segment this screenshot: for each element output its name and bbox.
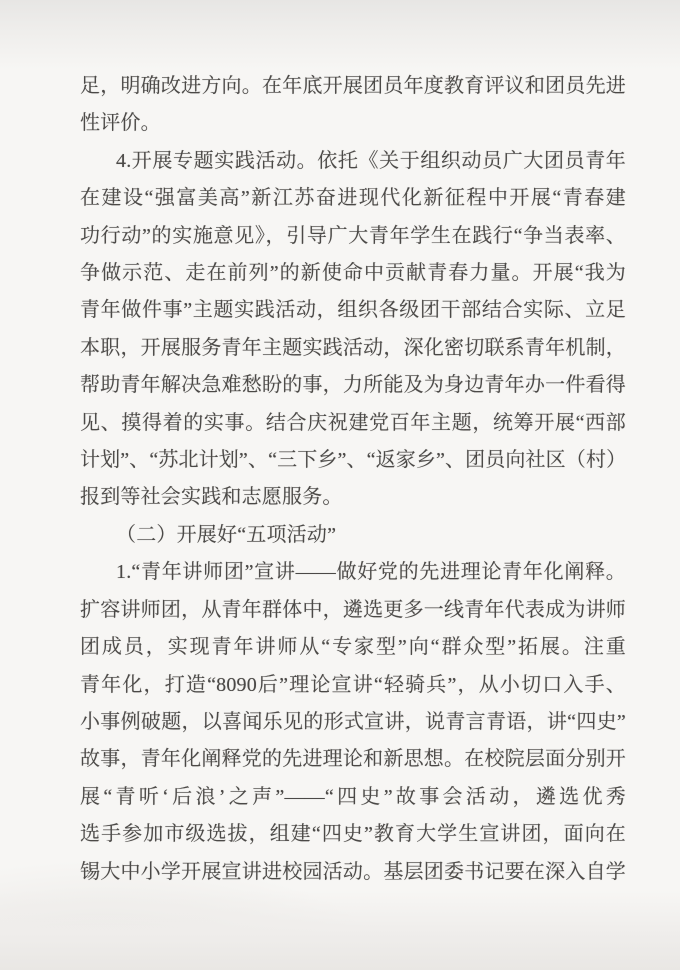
text-line: 1.“青年讲师团”宣讲——做好党的先进理论青年化阐释。 <box>80 554 626 591</box>
text-line: 报到等社会实践和志愿服务。 <box>80 479 626 516</box>
text-line-content: 性评价。 <box>80 112 161 134</box>
text-line: 4.开展专题实践活动。依托《关于组织动员广大团员青年 <box>80 143 626 180</box>
text-line-content: 4.开展专题实践活动。依托《关于组织动员广大团员青年 <box>116 150 626 172</box>
text-line-content: 报到等社会实践和志愿服务。 <box>80 486 343 508</box>
text-line-content: 足，明确改进方向。在年底开展团员年度教育评议和团员先进 <box>80 75 626 97</box>
text-line-content: 选手参加市级选拔，组建“四史”教育大学生宣讲团，面向在 <box>80 823 626 845</box>
text-line: 争做示范、走在前列”的新使命中贡献青春力量。开展“我为 <box>80 255 626 292</box>
text-line-content: 计划”、“苏北计划”、“三下乡”、“返家乡”、团员向社区（村） <box>80 449 626 471</box>
text-line-content: 争做示范、走在前列”的新使命中贡献青春力量。开展“我为 <box>80 262 626 284</box>
text-line: 选手参加市级选拔，组建“四史”教育大学生宣讲团，面向在 <box>80 816 626 853</box>
text-line: 青年化，打造“8090后”理论宣讲“轻骑兵”，从小切口入手、 <box>80 667 626 704</box>
text-line: 展“青听‘后浪’之声”——“四史”故事会活动，遴选优秀 <box>80 779 626 816</box>
text-line: 见、摸得着的实事。结合庆祝建党百年主题，统筹开展“西部 <box>80 405 626 442</box>
text-line: （二）开展好“五项活动” <box>80 517 626 554</box>
document-text-body: 足，明确改进方向。在年底开展团员年度教育评议和团员先进性评价。4.开展专题实践活… <box>80 68 626 891</box>
text-line: 故事，青年化阐释党的先进理论和新思想。在校院层面分别开 <box>80 741 626 778</box>
text-line-content: 展“青听‘后浪’之声”——“四史”故事会活动，遴选优秀 <box>80 786 626 808</box>
text-line: 足，明确改进方向。在年底开展团员年度教育评议和团员先进 <box>80 68 626 105</box>
text-line: 小事例破题，以喜闻乐见的形式宣讲，说青言青语，讲“四史” <box>80 704 626 741</box>
text-line-content: （二）开展好“五项活动” <box>116 524 336 546</box>
text-line-content: 团成员，实现青年讲师从“专家型”向“群众型”拓展。注重 <box>80 636 626 658</box>
text-line-content: 在建设“强富美高”新江苏奋进现代化新征程中开展“青春建 <box>80 187 626 209</box>
text-line: 帮助青年解决急难愁盼的事，力所能及为身边青年办一件看得 <box>80 367 626 404</box>
text-line: 扩容讲师团，从青年群体中，遴选更多一线青年代表成为讲师 <box>80 592 626 629</box>
text-line: 功行动”的实施意见》，引导广大青年学生在践行“争当表率、 <box>80 218 626 255</box>
text-line: 计划”、“苏北计划”、“三下乡”、“返家乡”、团员向社区（村） <box>80 442 626 479</box>
text-line: 锡大中小学开展宣讲进校园活动。基层团委书记要在深入自学 <box>80 854 626 891</box>
text-line-content: 小事例破题，以喜闻乐见的形式宣讲，说青言青语，讲“四史” <box>80 711 626 733</box>
text-line-content: 故事，青年化阐释党的先进理论和新思想。在校院层面分别开 <box>80 748 626 770</box>
text-line: 团成员，实现青年讲师从“专家型”向“群众型”拓展。注重 <box>80 629 626 666</box>
text-line-content: 青年化，打造“8090后”理论宣讲“轻骑兵”，从小切口入手、 <box>80 674 626 696</box>
text-line-content: 1.“青年讲师团”宣讲——做好党的先进理论青年化阐释。 <box>116 561 626 583</box>
text-line-content: 见、摸得着的实事。结合庆祝建党百年主题，统筹开展“西部 <box>80 412 626 434</box>
text-line: 在建设“强富美高”新江苏奋进现代化新征程中开展“青春建 <box>80 180 626 217</box>
text-line-content: 扩容讲师团，从青年群体中，遴选更多一线青年代表成为讲师 <box>80 599 626 621</box>
text-line: 青年做件事”主题实践活动，组织各级团干部结合实际、立足 <box>80 292 626 329</box>
text-line-content: 功行动”的实施意见》，引导广大青年学生在践行“争当表率、 <box>80 225 626 247</box>
text-line-content: 本职，开展服务青年主题实践活动，深化密切联系青年机制， <box>80 337 626 359</box>
scanned-page: 足，明确改进方向。在年底开展团员年度教育评议和团员先进性评价。4.开展专题实践活… <box>0 0 680 970</box>
scan-shadow-bottom <box>0 890 680 970</box>
text-line: 性评价。 <box>80 105 626 142</box>
text-line-content: 青年做件事”主题实践活动，组织各级团干部结合实际、立足 <box>80 299 626 321</box>
text-line-content: 帮助青年解决急难愁盼的事，力所能及为身边青年办一件看得 <box>80 374 626 396</box>
text-line: 本职，开展服务青年主题实践活动，深化密切联系青年机制， <box>80 330 626 367</box>
text-line-content: 锡大中小学开展宣讲进校园活动。基层团委书记要在深入自学 <box>80 861 626 883</box>
scan-shadow-top <box>0 0 680 70</box>
